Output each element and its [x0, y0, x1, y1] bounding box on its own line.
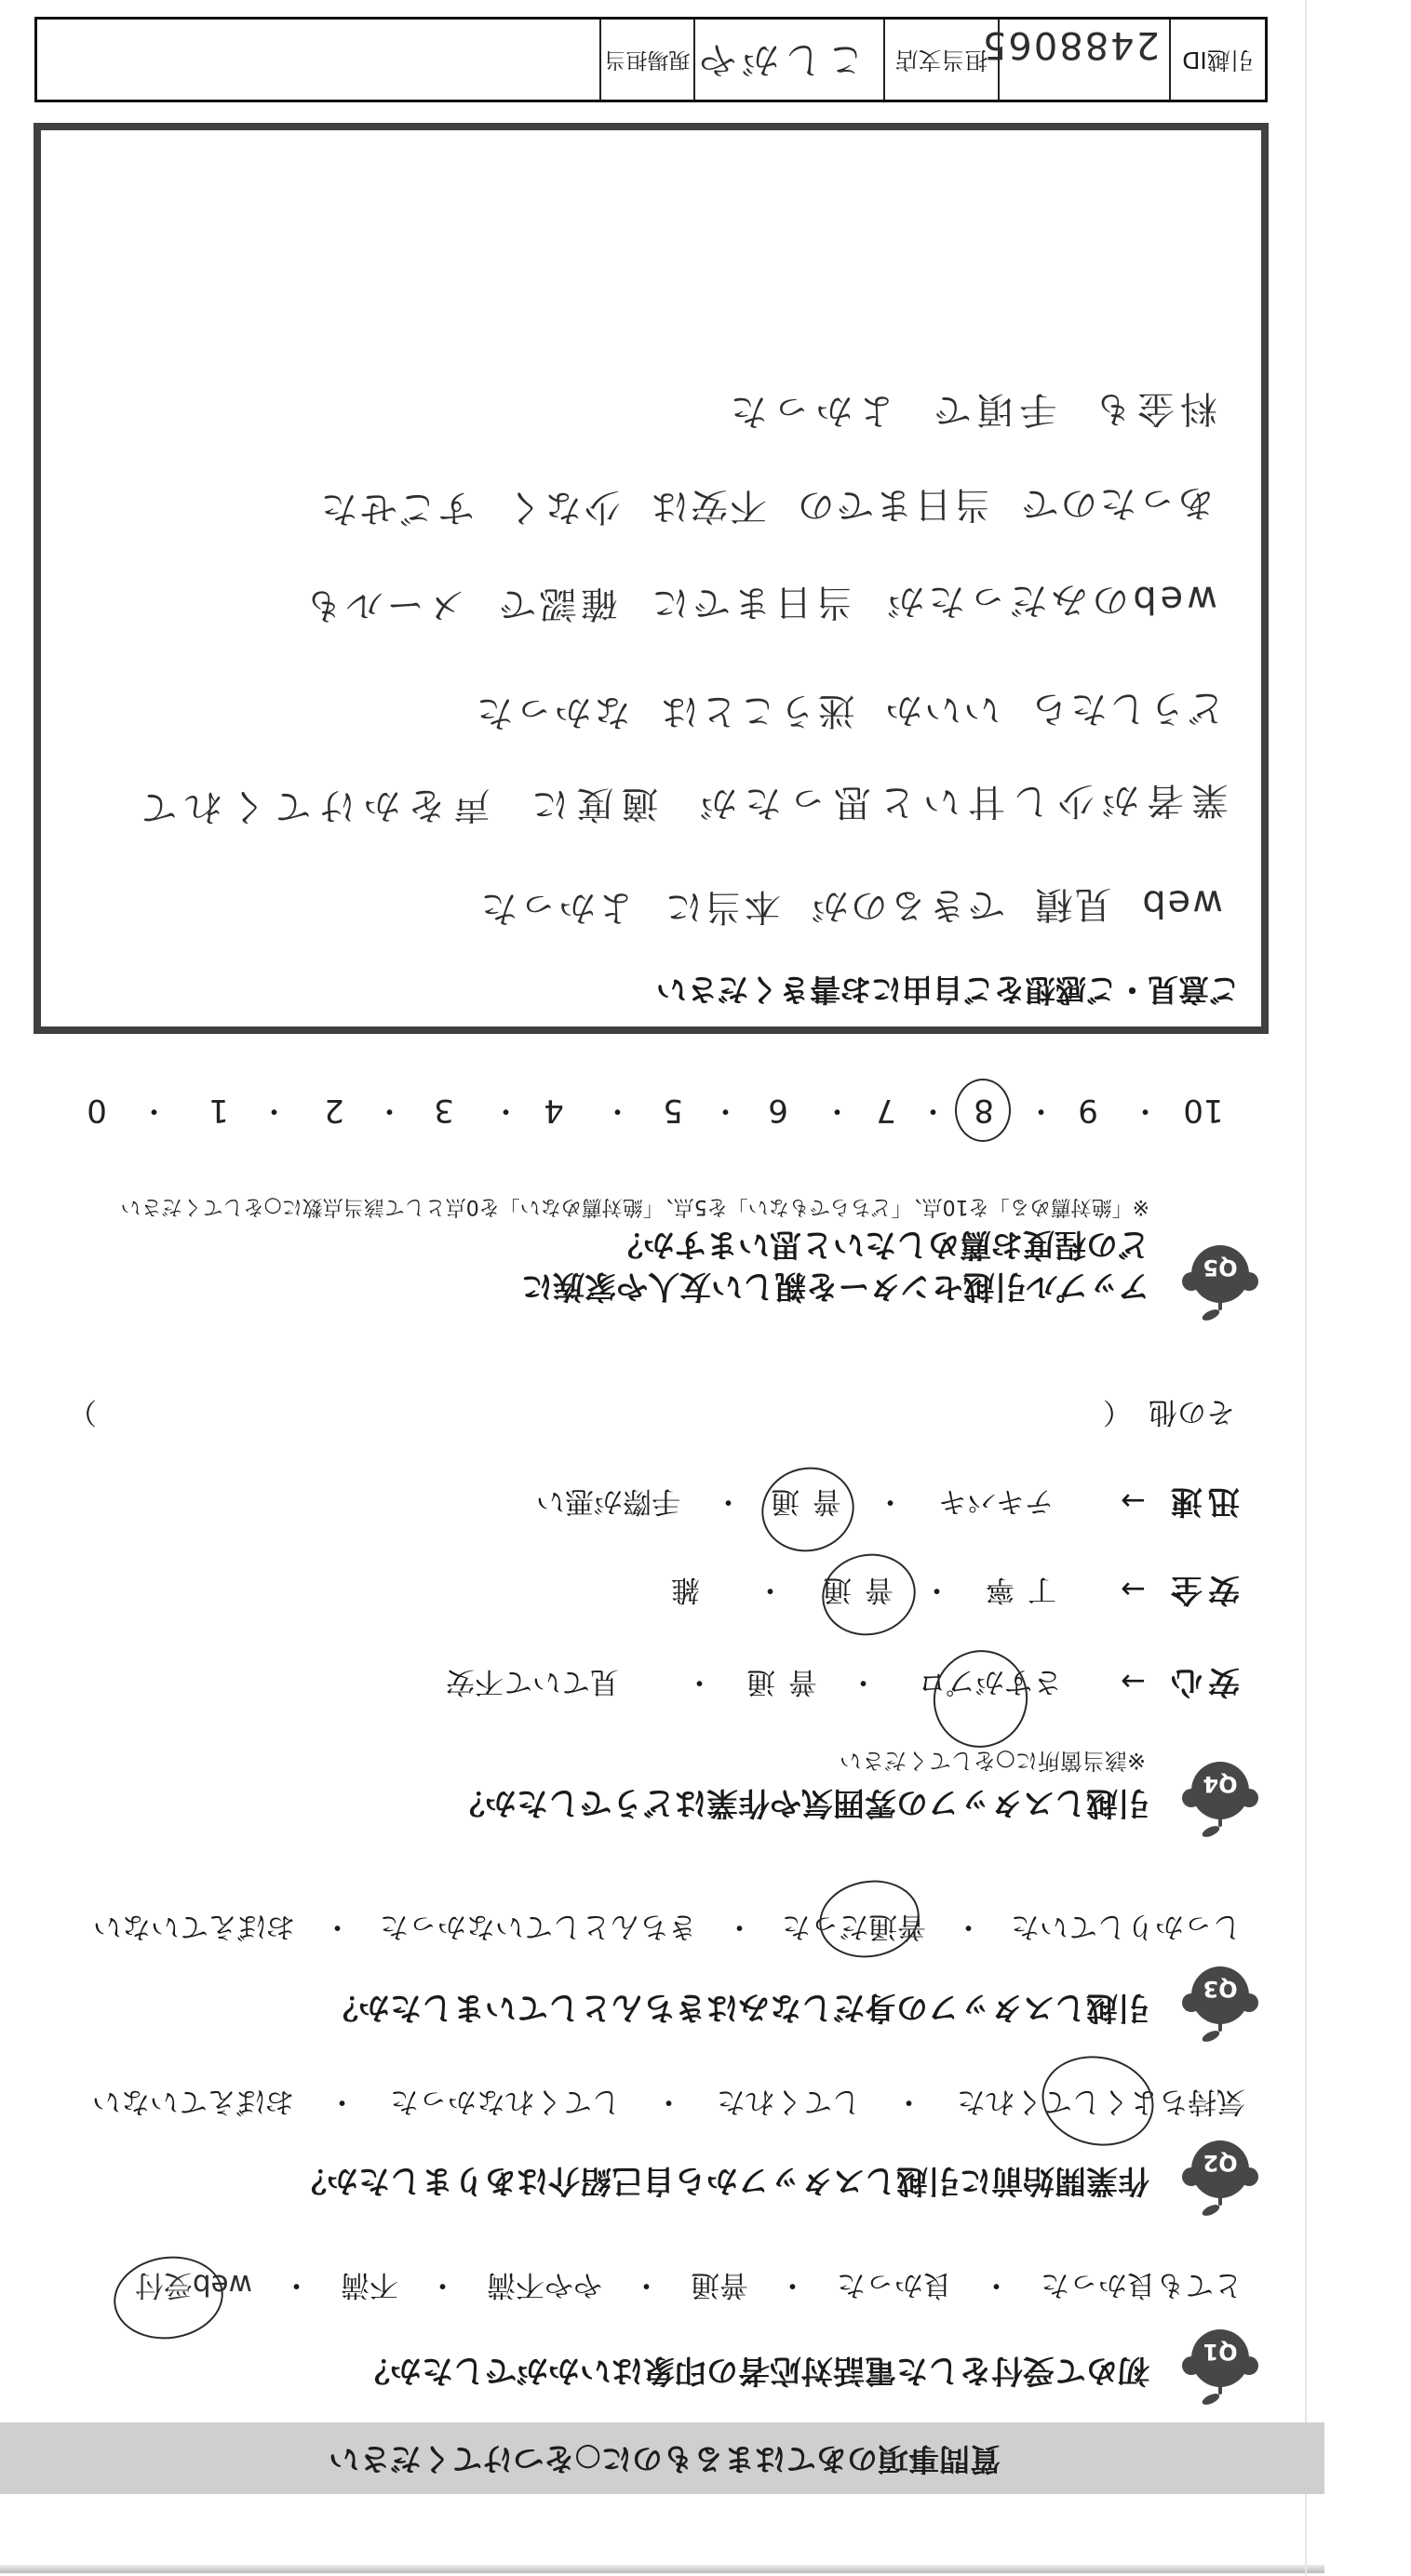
- separator-dot: ・: [376, 1092, 404, 1129]
- score-option: 9: [1060, 1092, 1116, 1129]
- selected-circle-mark: [814, 1545, 923, 1644]
- q3-question-text: 引越しスタッフの身だしなみはきちんとしていましたか？: [327, 1989, 1149, 2026]
- q1-option: 良かった: [837, 2266, 952, 2303]
- instruction-bar: 質問事項のあてはまるものに○をつけてください: [0, 2422, 1324, 2494]
- q4-instruction-note: ※該当箇所に○をしてください: [840, 1747, 1146, 1775]
- q5-apple-badge-icon: Q5: [1178, 1241, 1262, 1325]
- q1-option: とても良かった: [1041, 2266, 1243, 2303]
- q2-question-text: 作業開始前に引越しスタッフから自己紹介はありましたか？: [295, 2162, 1149, 2199]
- score-option: 5: [645, 1092, 701, 1129]
- separator-dot: ・: [1028, 1092, 1055, 1129]
- separator-dot: ・: [756, 1571, 785, 1608]
- score-option: 0: [69, 1092, 125, 1129]
- separator-dot: ・: [261, 1092, 289, 1129]
- q4-other-label: その他: [1149, 1393, 1235, 1430]
- separator-dot: ・: [954, 1908, 983, 1945]
- score-option: 10: [1176, 1092, 1231, 1129]
- branch-label-cell: 担当支店: [883, 20, 998, 100]
- separator-dot: ・: [1132, 1092, 1160, 1129]
- q4-option: 普通: [733, 1663, 817, 1700]
- q4-question-text: 引越しスタッフの雰囲気や作業はどうでしたか？: [453, 1784, 1149, 1821]
- q2-apple-badge-icon: Q2: [1178, 2137, 1262, 2220]
- selected-circle-mark: [108, 2249, 228, 2346]
- comments-label: ご意見・ご感想をご自由にお書きください: [656, 971, 1240, 1008]
- q5-question-text-line1: アップル引越センターを親しい友人や家族に: [521, 1268, 1149, 1305]
- site-staff-label-cell: 現場担当: [599, 20, 693, 100]
- scan-edge-line: [1305, 0, 1307, 2576]
- handwritten-comment-line: 料金も 手頃で よかった: [724, 385, 1217, 434]
- separator-dot: ・: [632, 2266, 661, 2303]
- q4-option: 見ていて不安: [446, 1663, 619, 1700]
- q3-option: しっかりしていた: [1011, 1908, 1242, 1945]
- selected-circle-mark: [922, 1640, 1039, 1759]
- separator-dot: ・: [685, 1663, 714, 1700]
- instruction-text: 質問事項のあてはまるものに○をつけてください: [329, 2440, 1001, 2477]
- scan-edge-shadow: [0, 2565, 1324, 2573]
- branch-value-handwritten: こしがや: [693, 36, 865, 83]
- q1-option: 普通: [691, 2266, 748, 2303]
- separator-dot: ・: [428, 2266, 457, 2303]
- q5-question-text-line2: どの程度お薦めしたいと思いますか？: [611, 1226, 1149, 1263]
- branch-label: 担当支店: [885, 20, 998, 100]
- q3-badge-label: Q3: [1203, 1976, 1237, 2002]
- move-id-value-cell: 2488065: [998, 20, 1169, 100]
- separator-dot: ・: [849, 1663, 878, 1700]
- move-id-value-handwritten: 2488065: [981, 23, 1160, 66]
- separator-dot: ・: [714, 1483, 743, 1520]
- q4-option: 雑: [671, 1571, 700, 1608]
- score-option: 6: [750, 1092, 806, 1129]
- site-staff-value-cell: [37, 20, 599, 100]
- q3-option: きちんとしていなかった: [380, 1908, 697, 1945]
- q3-option: おぼえていない: [93, 1908, 295, 1945]
- handwritten-comment-line: web 見積 できるのが 本当に よかった: [478, 880, 1223, 931]
- separator-dot: ・: [725, 1908, 754, 1945]
- branch-value-cell: こしがや: [693, 20, 883, 100]
- separator-dot: ・: [920, 1092, 947, 1129]
- separator-dot: ・: [922, 1571, 951, 1608]
- office-use-table: 引越ID 2488065 担当支店 こしがや 現場担当: [34, 17, 1268, 102]
- q4-badge-label: Q4: [1203, 1771, 1237, 1797]
- separator-dot: ・: [654, 2083, 683, 2120]
- q2-option: してくれなかった: [390, 2083, 621, 2120]
- separator-dot: ・: [492, 1092, 520, 1129]
- separator-dot: ・: [282, 2266, 311, 2303]
- q4-apple-badge-icon: Q4: [1178, 1758, 1262, 1842]
- score-option: 7: [858, 1092, 914, 1129]
- q4-option: 丁寧: [973, 1571, 1056, 1608]
- q1-options: とても良かった ・ 良かった ・ 普通 ・ やや不満 ・ 不満 ・ web受付: [135, 2266, 1243, 2303]
- move-id-label: 引越ID: [1171, 20, 1265, 100]
- separator-dot: ・: [323, 1908, 352, 1945]
- q1-apple-badge-icon: Q1: [1178, 2326, 1262, 2409]
- separator-dot: ・: [824, 1092, 852, 1129]
- separator-dot: ・: [778, 2266, 807, 2303]
- selected-circle-mark: [813, 1872, 926, 1966]
- q3-options: しっかりしていた ・ 普通だった ・ きちんとしていなかった ・ おぼえていない: [93, 1908, 1242, 1945]
- handwritten-comment-line: どうしたら いいか 迷うことは なかった: [475, 685, 1225, 735]
- handwritten-comment-line: webのみだったが 当日までに 確認で メールも: [302, 577, 1217, 628]
- q2-option: してくれた: [717, 2083, 861, 2120]
- selected-circle-mark: [752, 1457, 864, 1563]
- q2-badge-label: Q2: [1203, 2150, 1237, 2176]
- q4-row-label: 迅速: [1165, 1483, 1240, 1520]
- arrow-right-icon: →: [1121, 1663, 1146, 1700]
- score-option: 1: [191, 1092, 247, 1129]
- handwritten-comment-line: あったので 当日までの 不安は 少なく すごせた: [318, 480, 1215, 531]
- q2-option: おぼえていない: [92, 2083, 294, 2120]
- q1-option: やや不満: [487, 2266, 602, 2303]
- score-option: 4: [526, 1092, 582, 1129]
- score-option: 2: [306, 1092, 362, 1129]
- separator-dot: ・: [876, 1483, 905, 1520]
- q5-scoring-note: ※「絶対薦める」を10点、「どちらでもない」を5点、「絶対薦めない」を0点として…: [121, 1192, 1149, 1220]
- selected-circle-mark: [1033, 2046, 1162, 2155]
- separator-dot: ・: [894, 2083, 923, 2120]
- q1-option: 不満: [341, 2266, 398, 2303]
- separator-dot: ・: [982, 2266, 1011, 2303]
- selected-circle-mark: [955, 1079, 1011, 1142]
- q1-badge-label: Q1: [1203, 2339, 1237, 2365]
- separator-dot: ・: [712, 1092, 740, 1129]
- site-staff-label: 現場担当: [601, 20, 693, 100]
- q4-option: テキパキ: [938, 1483, 1054, 1520]
- arrow-right-icon: →: [1121, 1571, 1146, 1608]
- q4-row-label: 安全: [1165, 1571, 1240, 1608]
- q1-question-text: 初めて受付をした電話対応者の印象はいかがでしたか？: [358, 2352, 1149, 2389]
- separator-dot: ・: [604, 1092, 632, 1129]
- q5-badge-label: Q5: [1203, 1254, 1237, 1281]
- q4-other-open-paren: （: [1103, 1393, 1132, 1430]
- arrow-right-icon: →: [1121, 1483, 1146, 1520]
- survey-form-page-rotated-180: 質問事項のあてはまるものに○をつけてください Q1 初めて受付をした電話対応者の…: [0, 0, 1411, 2576]
- separator-dot: ・: [328, 2083, 356, 2120]
- handwritten-comment-line: 業者が少し甘いと思ったが 適度に 声をかけてくれて: [132, 777, 1229, 829]
- q4-other-close-paren: ）: [68, 1393, 97, 1430]
- move-id-label-cell: 引越ID: [1169, 20, 1265, 100]
- q3-apple-badge-icon: Q3: [1178, 1963, 1262, 2046]
- q4-option: 手際が悪い: [536, 1483, 680, 1520]
- separator-dot: ・: [141, 1092, 168, 1129]
- q4-row-label: 安心: [1165, 1663, 1240, 1700]
- score-option: 3: [416, 1092, 472, 1129]
